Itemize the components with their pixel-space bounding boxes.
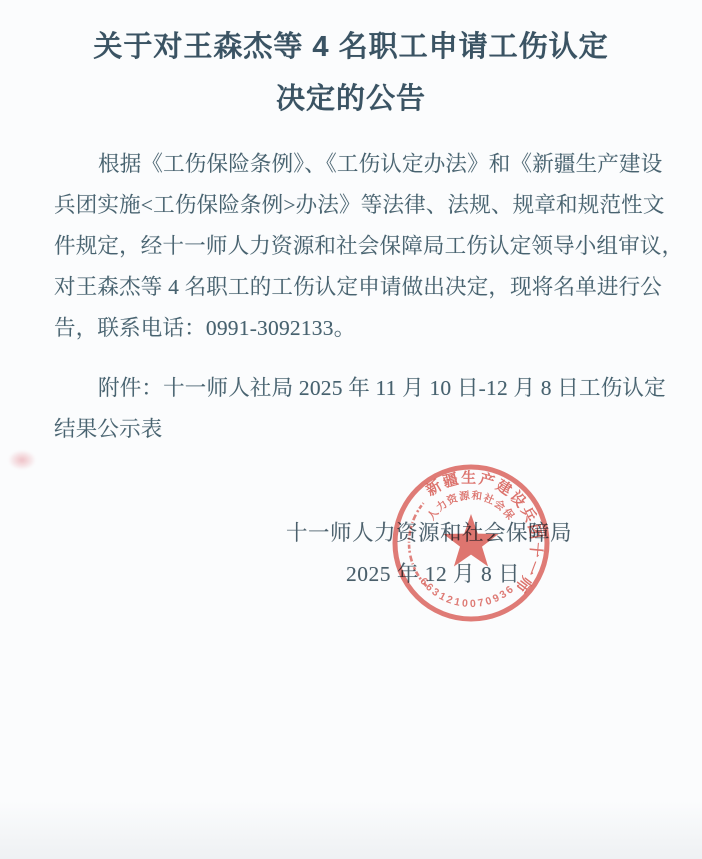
attachment-line-2: 结果公示表 [54, 412, 654, 443]
body-paragraph-line: 兵团实施<工伤保险条例>办法》等法律、法规、规章和规范性文 [54, 188, 654, 219]
svg-text:6631210070936: 6631210070936 [417, 575, 517, 610]
notice-title-line-2: 决定的公告 [0, 76, 702, 117]
official-seal: 新疆生产建设兵团十一师 人力资源和社会保障局 6631210070936 [380, 452, 562, 634]
body-paragraph-line: 根据《工伤保险条例》、《工伤认定办法》和《新疆生产建设 [54, 147, 698, 178]
seal-uyghur-script-icon [409, 503, 427, 587]
body-paragraph-line: 件规定，经十一师人力资源和社会保障局工伤认定领导小组审议， [54, 229, 654, 260]
scan-texture-artifact [0, 801, 702, 859]
attachment-line-1: 附件：十一师人社局 2025 年 11 月 10 日-12 月 8 日工伤认定 [54, 371, 698, 402]
scan-smudge-artifact [8, 450, 36, 470]
scanned-notice-page: 关于对王森杰等 4 名职工申请工伤认定 决定的公告 根据《工伤保险条例》、《工伤… [0, 0, 702, 859]
body-paragraph-line: 对王森杰等 4 名职工的工伤认定申请做出决定，现将名单进行公 [54, 270, 654, 301]
seal-star-icon [443, 514, 498, 567]
notice-title-line-1: 关于对王森杰等 4 名职工申请工伤认定 [0, 24, 702, 65]
body-paragraph-line: 告，联系电话：0991-3092133。 [54, 311, 654, 342]
seal-serial-number: 6631210070936 [417, 575, 517, 610]
